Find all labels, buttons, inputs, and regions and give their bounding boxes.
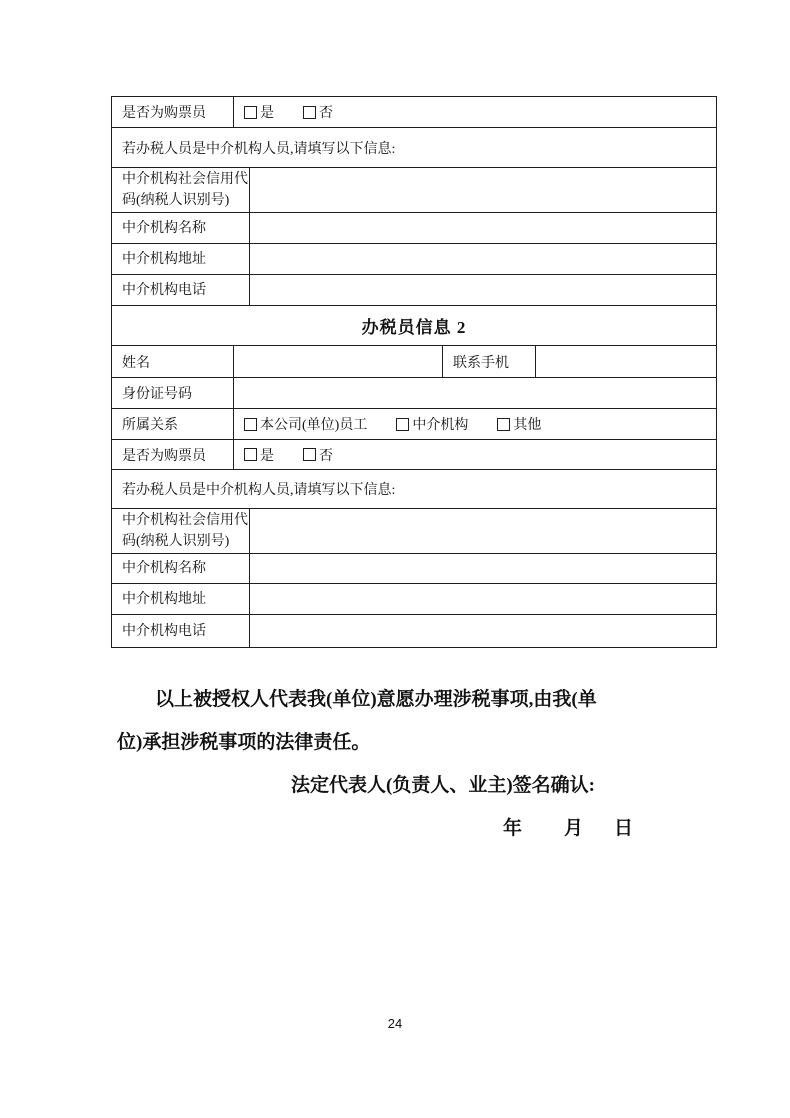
- empty-field-cell: [250, 615, 716, 647]
- table-row: 若办税人员是中介机构人员,请填写以下信息:: [112, 128, 716, 168]
- table-row: 是否为购票员 是 否: [112, 97, 716, 128]
- date-day-label: 日: [614, 818, 633, 839]
- checkbox-group: 本公司(单位)员工 中介机构 其他: [234, 409, 716, 439]
- empty-field-cell: [250, 584, 716, 614]
- table-row: 中介机构电话: [112, 615, 716, 647]
- tax-agent-form-table: 是否为购票员 是 否 若办税人员是中介机构人员,请填写以下信息: 中介机构社会信…: [111, 96, 717, 648]
- option-label: 否: [319, 445, 333, 465]
- checkbox-option-employee: 本公司(单位)员工: [244, 414, 367, 434]
- table-row: 是否为购票员 是 否: [112, 440, 716, 470]
- checkbox-icon: [244, 106, 257, 119]
- row-label: 中介机构社会信用代码(纳税人识别号): [112, 509, 250, 553]
- checkbox-icon: [497, 418, 510, 431]
- table-row: 所属关系 本公司(单位)员工 中介机构 其他: [112, 409, 716, 440]
- empty-field-cell: [250, 554, 716, 583]
- checkbox-option-no: 否: [303, 102, 333, 122]
- empty-field-cell: [250, 213, 716, 243]
- row-label: 所属关系: [112, 409, 234, 439]
- checkbox-icon: [396, 418, 409, 431]
- signature-label: 法定代表人(负责人、业主)签名确认:: [117, 764, 723, 807]
- checkbox-group: 是 否: [234, 97, 716, 127]
- table-row: 身份证号码: [112, 378, 716, 409]
- option-label: 本公司(单位)员工: [260, 414, 367, 434]
- option-label: 其他: [513, 414, 541, 434]
- date-line: 年月日: [117, 807, 723, 850]
- table-row: 若办税人员是中介机构人员,请填写以下信息:: [112, 470, 716, 509]
- row-label: 中介机构社会信用代码(纳税人识别号): [112, 168, 250, 212]
- row-label: 姓名: [112, 346, 234, 377]
- checkbox-option-agency: 中介机构: [396, 414, 468, 434]
- table-row: 中介机构电话: [112, 275, 716, 306]
- checkbox-icon: [303, 448, 316, 461]
- footer-block: 以上被授权人代表我(单位)意愿办理涉税事项,由我(单 位)承担涉税事项的法律责任…: [117, 678, 723, 850]
- row-label: 是否为购票员: [112, 440, 234, 469]
- authorization-statement: 以上被授权人代表我(单位)意愿办理涉税事项,由我(单 位)承担涉税事项的法律责任…: [117, 678, 723, 764]
- row-label: 中介机构名称: [112, 213, 250, 243]
- empty-field-cell: [250, 509, 716, 553]
- empty-field-cell: [536, 346, 716, 377]
- note-text: 若办税人员是中介机构人员,请填写以下信息:: [112, 470, 716, 508]
- section-header-row: 办税员信息 2: [112, 306, 716, 346]
- table-row: 中介机构社会信用代码(纳税人识别号): [112, 168, 716, 213]
- empty-field-cell: [234, 346, 443, 377]
- empty-field-cell: [250, 244, 716, 274]
- date-year-label: 年: [503, 818, 522, 839]
- row-label: 联系手机: [443, 346, 536, 377]
- option-label: 是: [260, 445, 274, 465]
- empty-field-cell: [234, 378, 716, 408]
- row-label: 中介机构电话: [112, 615, 250, 647]
- note-text: 若办税人员是中介机构人员,请填写以下信息:: [112, 128, 716, 167]
- option-label: 是: [260, 102, 274, 122]
- checkbox-icon: [303, 106, 316, 119]
- empty-field-cell: [250, 168, 716, 212]
- row-label: 中介机构电话: [112, 275, 250, 305]
- table-row: 中介机构社会信用代码(纳税人识别号): [112, 509, 716, 554]
- table-row: 中介机构地址: [112, 244, 716, 275]
- row-label: 是否为购票员: [112, 97, 234, 127]
- checkbox-icon: [244, 418, 257, 431]
- date-month-label: 月: [564, 818, 583, 839]
- table-row: 中介机构名称: [112, 554, 716, 584]
- checkbox-option-other: 其他: [497, 414, 541, 434]
- checkbox-option-no: 否: [303, 445, 333, 465]
- row-label: 身份证号码: [112, 378, 234, 408]
- document-page: 是否为购票员 是 否 若办税人员是中介机构人员,请填写以下信息: 中介机构社会信…: [0, 0, 790, 1118]
- empty-field-cell: [250, 275, 716, 305]
- section-title: 办税员信息 2: [112, 306, 716, 345]
- row-label: 中介机构地址: [112, 584, 250, 614]
- checkbox-icon: [244, 448, 257, 461]
- option-label: 中介机构: [412, 414, 468, 434]
- table-row: 姓名 联系手机: [112, 346, 716, 378]
- checkbox-option-yes: 是: [244, 445, 274, 465]
- row-label: 中介机构地址: [112, 244, 250, 274]
- table-row: 中介机构名称: [112, 213, 716, 244]
- table-row: 中介机构地址: [112, 584, 716, 615]
- option-label: 否: [319, 102, 333, 122]
- checkbox-option-yes: 是: [244, 102, 274, 122]
- checkbox-group: 是 否: [234, 440, 716, 469]
- row-label: 中介机构名称: [112, 554, 250, 583]
- page-number: 24: [0, 1016, 790, 1031]
